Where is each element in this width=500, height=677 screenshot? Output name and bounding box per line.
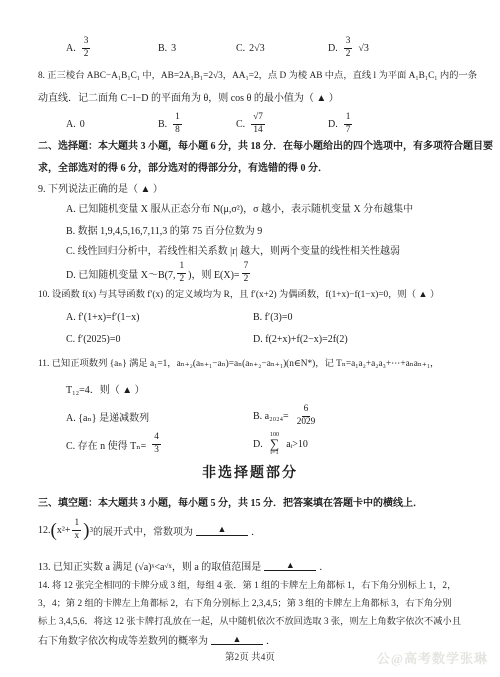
option-label: C. [236, 119, 245, 130]
option-c: C. 2√3 [236, 43, 328, 54]
fraction: 4 3 [152, 432, 161, 456]
fraction-numerator: 1 [173, 112, 182, 125]
period: ． [251, 523, 261, 538]
question-8-options: A. 0 B. 1 8 C. √7 14 D. 1 7 [66, 112, 354, 136]
question-9-option-b: B. 数据 1,9,4,5,16,7,11,3 的第 75 百分位数为 9 [66, 225, 262, 239]
option-value: 3 [171, 43, 176, 54]
option-label: D. [253, 439, 263, 450]
fraction-numerator: 7 [242, 261, 251, 274]
answer-blank: ▲ [211, 634, 263, 645]
question-9-option-a: A. 已知随机变量 X 服从正态分布 N(μ,σ²)，σ 越小，表示随机变量 X… [66, 203, 413, 217]
option-value: 2√3 [249, 43, 265, 54]
option-c: C. 存在 n 使得 Tₙ= 4 3 [66, 432, 253, 456]
option-label: A. [66, 119, 76, 130]
question-8-line2: 动直线．记二面角 C−l−D 的平面角为 θ，则 cos θ 的最小值为（ ▲ … [38, 92, 339, 106]
fraction: 1 x [72, 518, 81, 542]
fraction-denominator: 2029 [295, 417, 318, 429]
fraction: 3 2 [82, 36, 91, 60]
question-number: 12. [38, 525, 51, 536]
option-text: aᵢ>10 [286, 439, 308, 450]
fraction: 6 2029 [295, 404, 318, 428]
fraction-denominator: 7 [344, 125, 353, 137]
fraction-denominator: 2 [344, 49, 353, 61]
question-11-line1: 11. 已知正项数列 {aₙ} 满足 a₁=1，aₙ₊₂(aₙ₊₁−aₙ)=aₙ… [38, 358, 439, 371]
answer-mark: ▲ [286, 560, 295, 570]
fraction: 1 8 [173, 112, 182, 136]
question-text: 的展开式中，常数项为 [93, 523, 193, 538]
option-b: B. 1 8 [158, 112, 236, 136]
question-14-line4: 右下角数字依次构成等差数列的概率为 ▲ ． [38, 632, 276, 647]
question-7-options: A. 3 2 B. 3 C. 2√3 D. 3 2 √3 [66, 36, 369, 60]
fraction-denominator: 2 [242, 274, 251, 286]
question-text: 右下角数字依次构成等差数列的概率为 [38, 632, 208, 647]
answer-blank: ▲ [196, 524, 248, 535]
question-10-options-row2: C. f′(2025)=0 D. f(2+x)+f(2−x)=2f(2) [66, 334, 348, 345]
question-9-option-d: D. 已知随机变量 X～B(7, 1 2 )，则 E(X)= 7 2 [66, 261, 252, 285]
question-10-options-row1: A. f′(1+x)=f′(1−x) B. f′(3)=0 [66, 312, 293, 323]
fraction-numerator: 3 [82, 36, 91, 49]
option-text: )，则 E(X)= [188, 266, 239, 281]
exponent: √x [165, 562, 172, 570]
fraction-denominator: 2 [82, 49, 91, 61]
fraction-numerator: √7 [251, 112, 265, 125]
summation: 100 ∑ i=1 [270, 432, 279, 456]
fraction: √7 14 [251, 112, 265, 136]
option-a: A. f′(1+x)=f′(1−x) [66, 312, 253, 323]
question-14-line2: 3，4；第 2 组的卡牌左上角都标 2，右下角分别标上 2,3,4,5；第 3 … [38, 598, 452, 611]
option-c: C. f′(2025)=0 [66, 334, 253, 345]
option-d: D. 100 ∑ i=1 aᵢ>10 [253, 432, 308, 456]
period: ． [266, 632, 276, 647]
question-11-line2: T₁₂=4．则（ ▲ ） [66, 384, 145, 398]
fraction-numerator: 1 [177, 261, 186, 274]
fraction-denominator: 14 [251, 125, 264, 137]
option-b: B. f′(3)=0 [253, 312, 293, 323]
question-11-options-row1: A. {aₙ} 是递减数列 B. a₂₀₂₄= 6 2029 [66, 404, 319, 428]
question-text: ，则 a 的取值范围是 [172, 558, 261, 573]
option-label: B. [158, 119, 167, 130]
formula-text: x²+ [57, 525, 71, 536]
exam-page: A. 3 2 B. 3 C. 2√3 D. 3 2 √3 8. 正三棱台 ABC… [0, 0, 500, 677]
option-text: C. 存在 n 使得 Tₙ= [66, 437, 146, 452]
fraction-numerator: 4 [152, 432, 161, 445]
option-b: B. a₂₀₂₄= 6 2029 [253, 404, 319, 428]
question-9-stem: 9. 下列说法正确的是（ ▲ ） [38, 183, 163, 197]
option-d: D. 3 2 √3 [328, 36, 369, 60]
question-14-line3: 标上 3,4,5,6．将这 12 张卡牌打乱放在一起，从中随机依次不放回选取 3… [38, 616, 461, 629]
section-3-header: 三、填空题：本大题共 3 小题，每小题 5 分，共 15 分．把答案填在答题卡中… [38, 497, 423, 511]
summation-lower-limit: i=1 [270, 450, 278, 456]
fraction-denominator: 8 [173, 125, 182, 137]
question-8-line1: 8. 正三棱台 ABC−A₁B₁C₁ 中，AB=2A₁B₁=2√3，AA₁=2，… [38, 70, 477, 83]
option-label: D. [328, 43, 338, 54]
section-title: 非选择题部分 [0, 464, 500, 484]
fraction-numerator: 1 [344, 112, 353, 125]
option-text: B. a₂₀₂₄= [253, 411, 289, 422]
section-2-header-line2: 求，全部选对的得 6 分，部分选对的得部分分，有选错的得 0 分． [38, 162, 328, 176]
section-2-header-line1: 二、选择题：本大题共 3 小题，每小题 6 分，共 18 分．在每小题给出的四个… [38, 140, 493, 154]
option-a: A. 0 [66, 119, 158, 130]
radical-term: √3 [358, 43, 369, 54]
option-b: B. 3 [158, 43, 236, 54]
option-c: C. √7 14 [236, 112, 328, 136]
fraction-numerator: 3 [344, 36, 353, 49]
fraction: 1 2 [177, 261, 186, 285]
fraction-denominator: x [72, 531, 81, 543]
fraction-numerator: 1 [72, 518, 81, 531]
option-label: A. [66, 43, 76, 54]
fraction: 1 7 [344, 112, 353, 136]
option-label: D. [328, 119, 338, 130]
question-13: 13. 已知正实数 a 满足 (√a)ˣ<a √x ，则 a 的取值范围是 ▲ … [38, 558, 329, 573]
answer-mark: ▲ [233, 634, 242, 644]
option-a: A. {aₙ} 是递减数列 [66, 409, 253, 424]
fraction-denominator: 2 [177, 274, 186, 286]
watermark: 公@高考数学张琳 [377, 648, 488, 667]
option-d: D. f(2+x)+f(2−x)=2f(2) [253, 334, 348, 345]
fraction-numerator: 6 [302, 404, 311, 417]
option-text: D. 已知随机变量 X～B(7, [66, 266, 175, 281]
question-text: 13. 已知正实数 a 满足 (√a)ˣ<a [38, 558, 165, 573]
option-value: 0 [80, 119, 85, 130]
option-d: D. 1 7 [328, 112, 354, 136]
answer-blank: ▲ [264, 560, 316, 571]
question-14-line1: 14. 将 12 张完全相同的卡牌分成 3 组，每组 4 张．第 1 组的卡牌左… [38, 580, 456, 593]
option-a: A. 3 2 [66, 36, 158, 60]
fraction: 7 2 [242, 261, 251, 285]
period: ． [319, 558, 329, 573]
question-11-options-row2: C. 存在 n 使得 Tₙ= 4 3 D. 100 ∑ i=1 aᵢ>10 [66, 432, 308, 456]
option-label: B. [158, 43, 167, 54]
option-label: C. [236, 43, 245, 54]
question-10-stem: 10. 设函数 f(x) 与其导函数 f′(x) 的定义域均为 R，且 f′(x… [38, 289, 439, 302]
question-12: 12. ( x²+ 1 x ) 3 的展开式中，常数项为 ▲ ． [38, 518, 261, 542]
fraction-denominator: 3 [152, 445, 161, 457]
answer-mark: ▲ [217, 524, 226, 534]
question-9-option-c: C. 线性回归分析中，若线性相关系数 |r| 越大，则两个变量的线性相关性越弱 [66, 245, 400, 259]
fraction: 3 2 [344, 36, 353, 60]
